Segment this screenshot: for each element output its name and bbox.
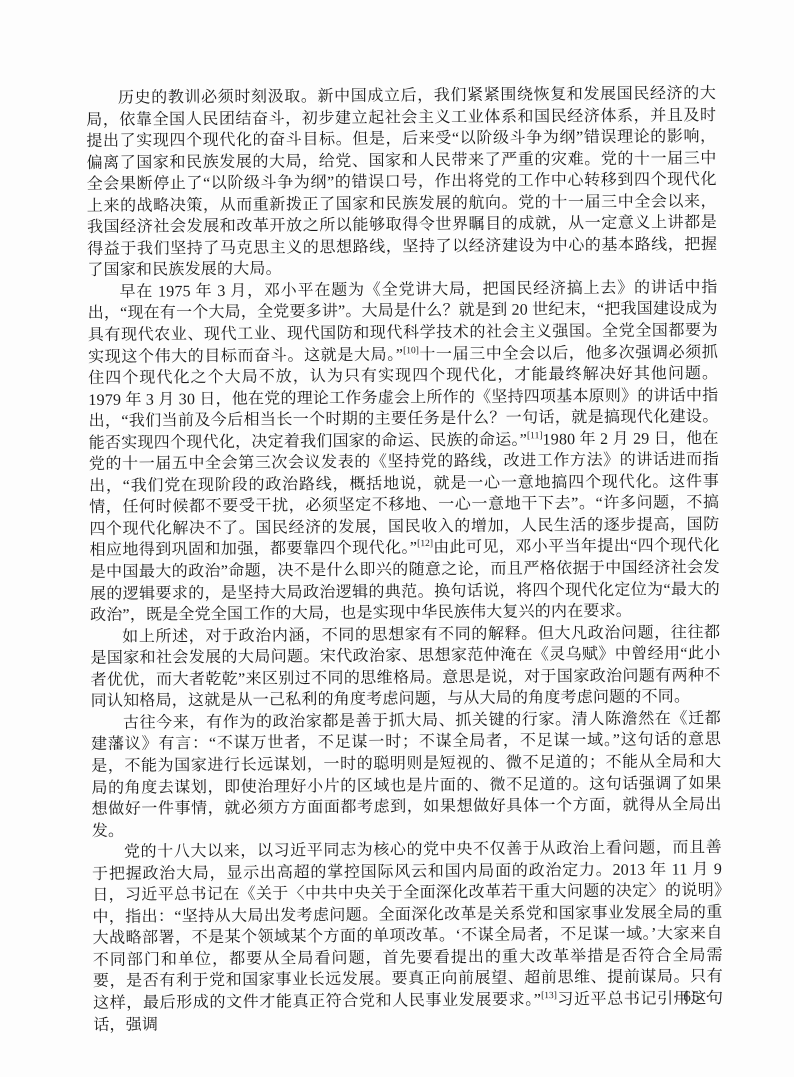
paragraph: 古往今来，有作为的政治家都是善于抓大局、抓关键的行家。清人陈澹然在《迁都建藩议》… <box>91 708 722 842</box>
paragraph: 早在 1975 年 3 月，邓小平在题为《全党讲大局，把国民经济搞上去》的讲话中… <box>87 277 720 627</box>
paragraph: 党的十八大以来，以习近平同志为核心的党中央不仅善于从政治上看问题，而且善于把握政… <box>92 837 724 1036</box>
footnote-ref: [13] <box>541 991 557 1001</box>
paragraph: 如上所述，对于政治内涵，不同的思想家有不同的解释。但大凡政治问题，往往都是国家和… <box>90 622 721 713</box>
document-body: 历史的教训必须时刻汲取。新中国成立后，我们紧紧围绕恢复和发展国民经济的大局，依靠… <box>86 83 723 1036</box>
document-page: 历史的教训必须时刻汲取。新中国成立后，我们紧紧围绕恢复和发展国民经济的大局，依靠… <box>0 0 794 1077</box>
footnote-ref: [10] <box>403 346 419 356</box>
footnote-ref: [11] <box>527 431 543 441</box>
page-number: · 65 · <box>673 989 712 1006</box>
footnote-ref: [12] <box>417 539 433 549</box>
scanned-page-content: 历史的教训必须时刻汲取。新中国成立后，我们紧紧围绕恢复和发展国民经济的大局，依靠… <box>0 0 794 1077</box>
paragraph: 历史的教训必须时刻汲取。新中国成立后，我们紧紧围绕恢复和发展国民经济的大局，依靠… <box>86 83 718 282</box>
